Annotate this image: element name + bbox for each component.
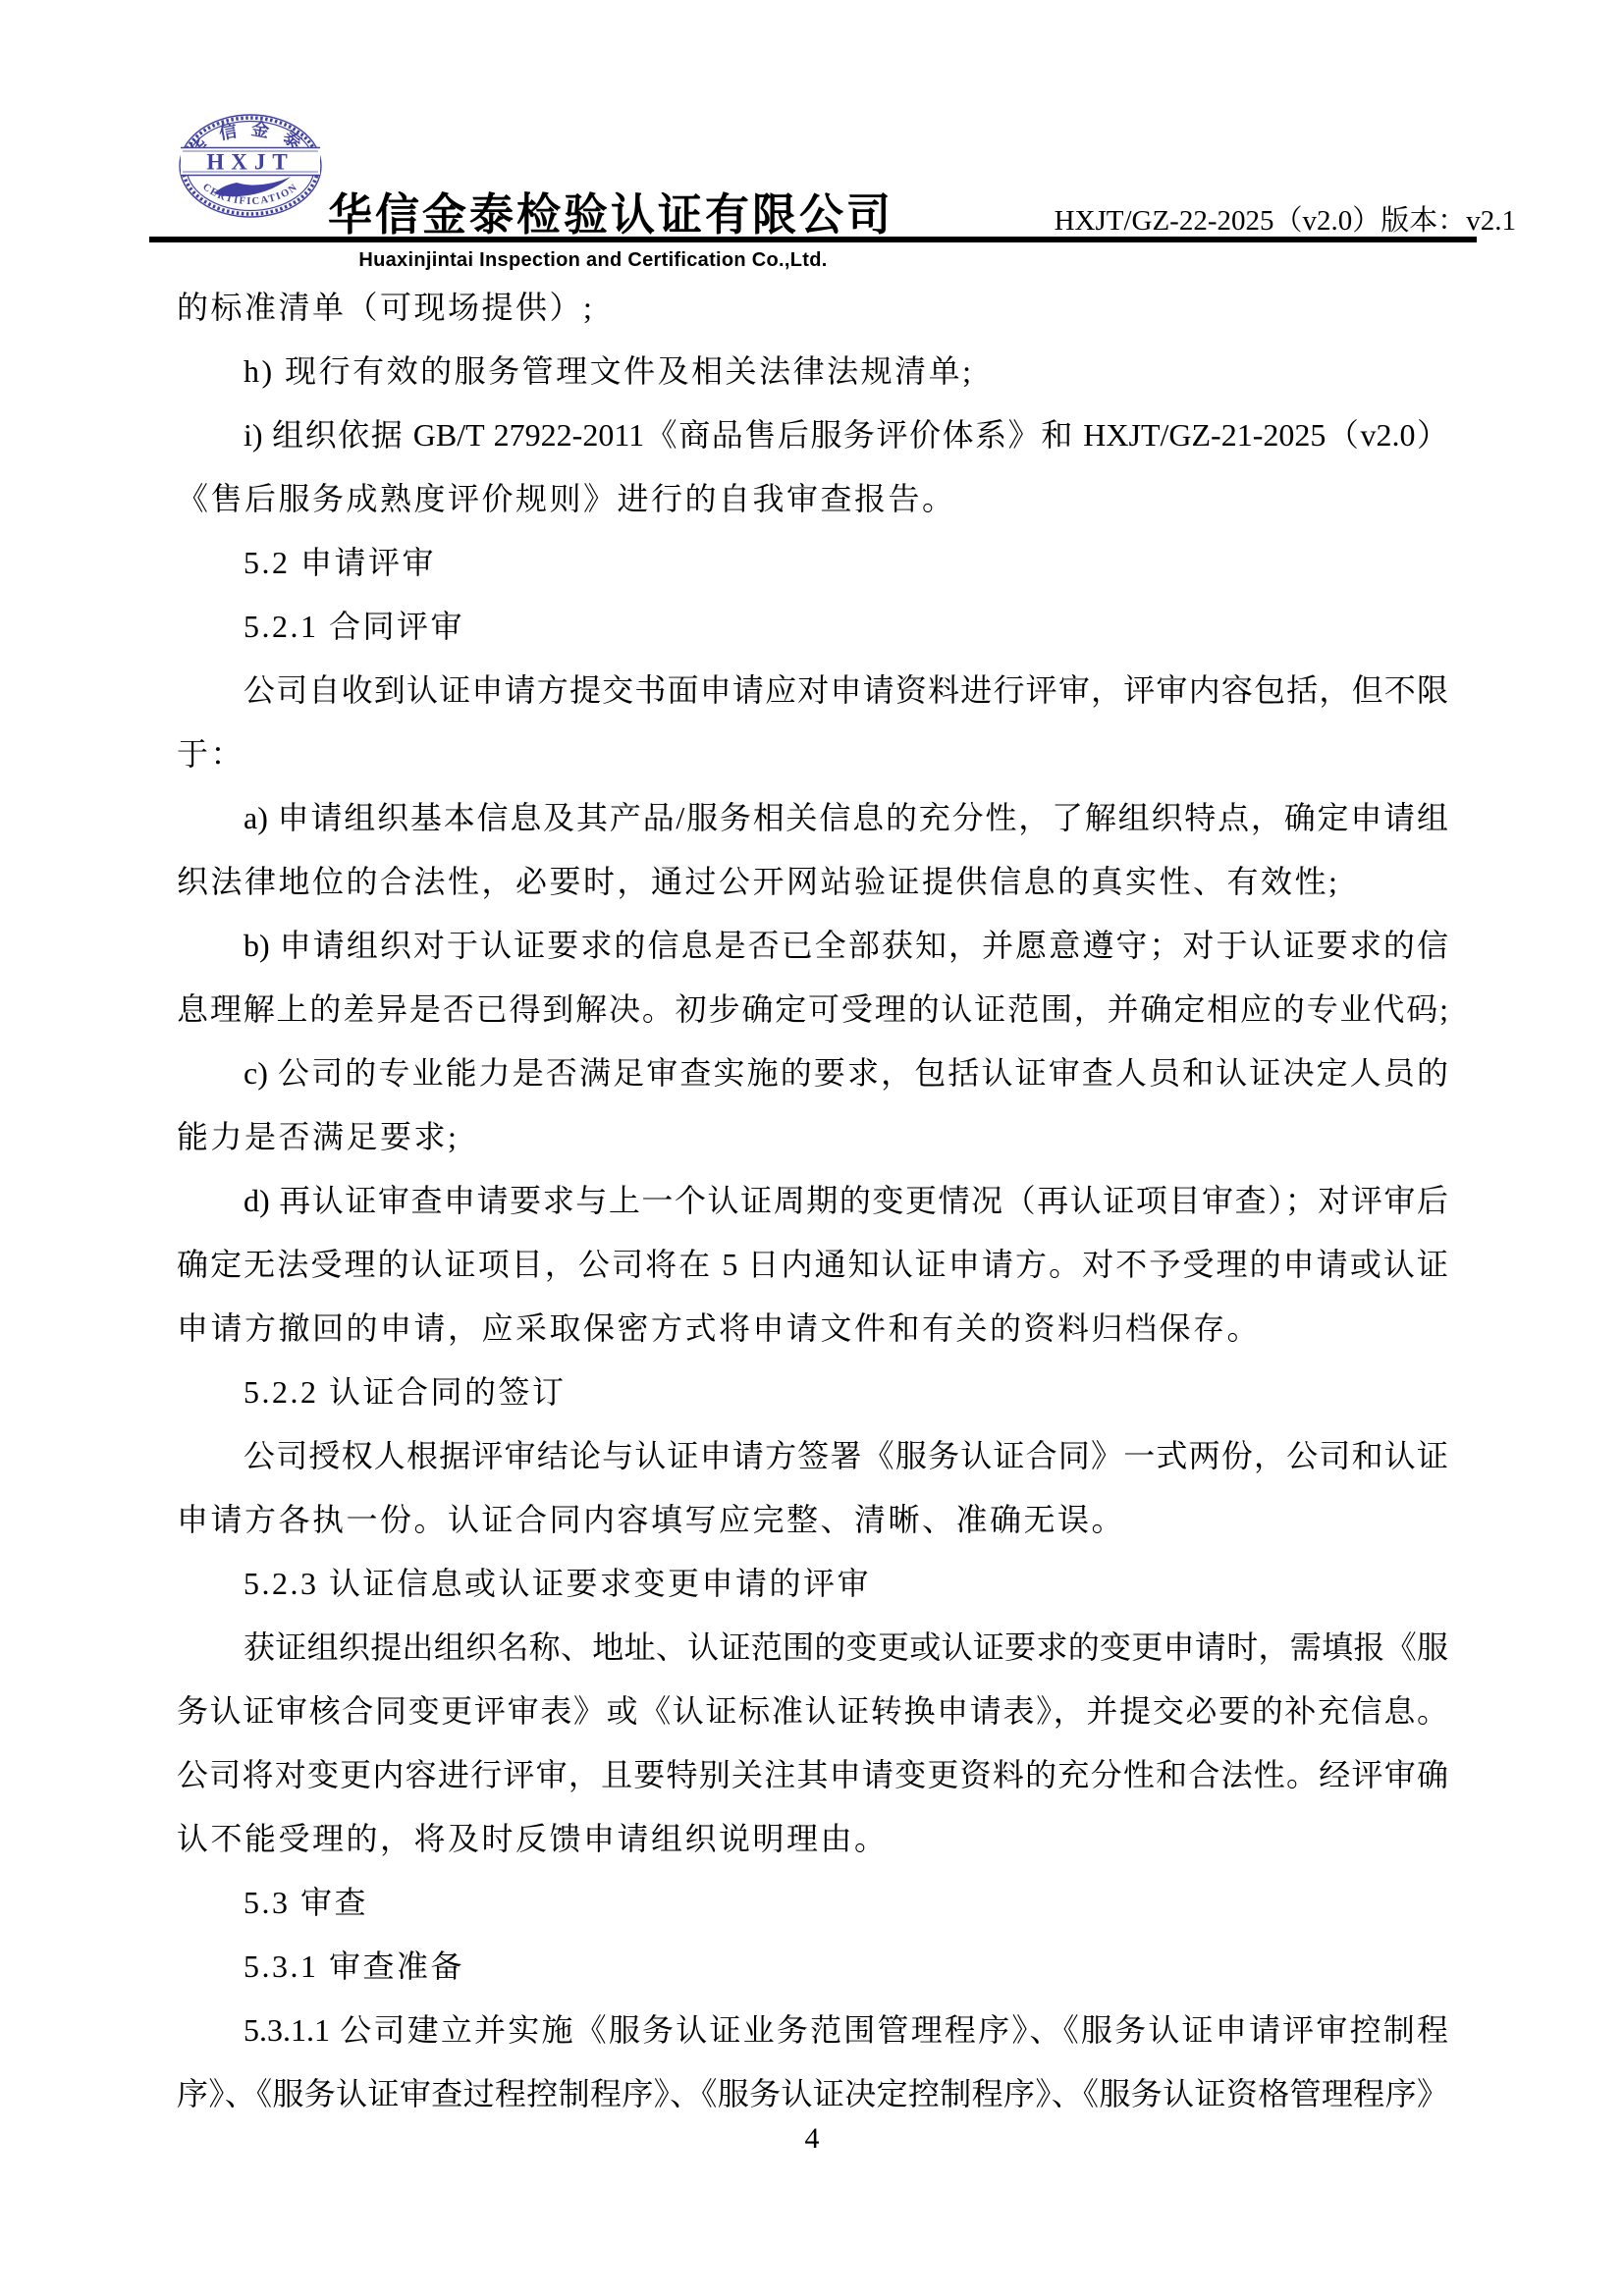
- company-name-en: Huaxinjintai Inspection and Certificatio…: [324, 249, 862, 272]
- text-line: 确定无法受理的认证项目，公司将在 5 日内通知认证申请方。对不予受理的申请或认证: [177, 1233, 1448, 1297]
- text-line: 获证组织提出组织名称、地址、认证范围的变更或认证要求的变更申请时，需填报《服: [177, 1616, 1448, 1680]
- logo-monogram: HXJT: [206, 150, 294, 175]
- text-line: 5.3 审查: [177, 1871, 1448, 1935]
- text-line: 5.2.2 认证合同的签订: [177, 1361, 1448, 1424]
- text-line: 5.3.1.1 公司建立并实施《服务认证业务范围管理程序》、《服务认证申请评审控…: [177, 1999, 1448, 2062]
- text-line: 5.3.1 审查准备: [177, 1935, 1448, 1999]
- text-line: i) 组织依据 GB/T 27922-2011《商品售后服务评价体系》和 HXJ…: [177, 403, 1448, 467]
- text-line: d) 再认证审查申请要求与上一个认证周期的变更情况（再认证项目审查）；对评审后: [177, 1169, 1448, 1233]
- text-line: c) 公司的专业能力是否满足审查实施的要求，包括认证审查人员和认证决定人员的: [177, 1041, 1448, 1105]
- text-line: 序》、《服务认证审查过程控制程序》、《服务认证决定控制程序》、《服务认证资格管理…: [177, 2062, 1448, 2126]
- text-line: 的标准清单（可现场提供）;: [177, 276, 1448, 340]
- page-number: 4: [0, 2122, 1624, 2156]
- text-line: 公司将对变更内容进行评审，且要特别关注其申请变更资料的充分性和合法性。经评审确: [177, 1743, 1448, 1807]
- text-line: 5.2.3 认证信息或认证要求变更申请的评审: [177, 1552, 1448, 1616]
- text-line: a) 申请组织基本信息及其产品/服务相关信息的充分性，了解组织特点，确定申请组: [177, 786, 1448, 850]
- text-line: 5.2 申请评审: [177, 531, 1448, 595]
- document-page: 华信金泰 HXJT CERTIFICATION 华信金泰检验认证有限公司 HXJ…: [0, 0, 1624, 2296]
- text-line: b) 申请组织对于认证要求的信息是否已全部获知，并愿意遵守；对于认证要求的信: [177, 914, 1448, 978]
- company-name-cn: 华信金泰检验认证有限公司: [328, 179, 863, 242]
- text-line: 申请方撤回的申请，应采取保密方式将申请文件和有关的资料归档保存。: [177, 1297, 1448, 1361]
- text-line: 5.2.1 合同评审: [177, 595, 1448, 659]
- text-line: 能力是否满足要求;: [177, 1105, 1448, 1169]
- text-line: 务认证审核合同变更评审表》或《认证标准认证转换申请表》，并提交必要的补充信息。: [177, 1680, 1448, 1743]
- text-line: h) 现行有效的服务管理文件及相关法律法规清单;: [177, 340, 1448, 403]
- text-line: 《售后服务成熟度评价规则》进行的自我审查报告。: [177, 467, 1448, 531]
- document-number: HXJT/GZ-22-2025（v2.0）版本：v2.1: [1055, 198, 1516, 239]
- body-text: 的标准清单（可现场提供）;h) 现行有效的服务管理文件及相关法律法规清单;i) …: [177, 276, 1448, 2126]
- text-line: 织法律地位的合法性，必要时，通过公开网站验证提供信息的真实性、有效性;: [177, 850, 1448, 914]
- company-logo-seal: 华信金泰 HXJT CERTIFICATION: [177, 112, 324, 222]
- text-line: 公司自收到认证申请方提交书面申请应对申请资料进行评审，评审内容包括，但不限: [177, 659, 1448, 722]
- header-divider-rule: [149, 237, 1477, 242]
- text-line: 于：: [177, 722, 1448, 786]
- text-line: 公司授权人根据评审结论与认证申请方签署《服务认证合同》一式两份，公司和认证: [177, 1424, 1448, 1488]
- text-line: 息理解上的差异是否已得到解决。初步确定可受理的认证范围，并确定相应的专业代码;: [177, 978, 1448, 1041]
- text-line: 申请方各执一份。认证合同内容填写应完整、清晰、准确无误。: [177, 1488, 1448, 1552]
- text-line: 认不能受理的，将及时反馈申请组织说明理由。: [177, 1807, 1448, 1871]
